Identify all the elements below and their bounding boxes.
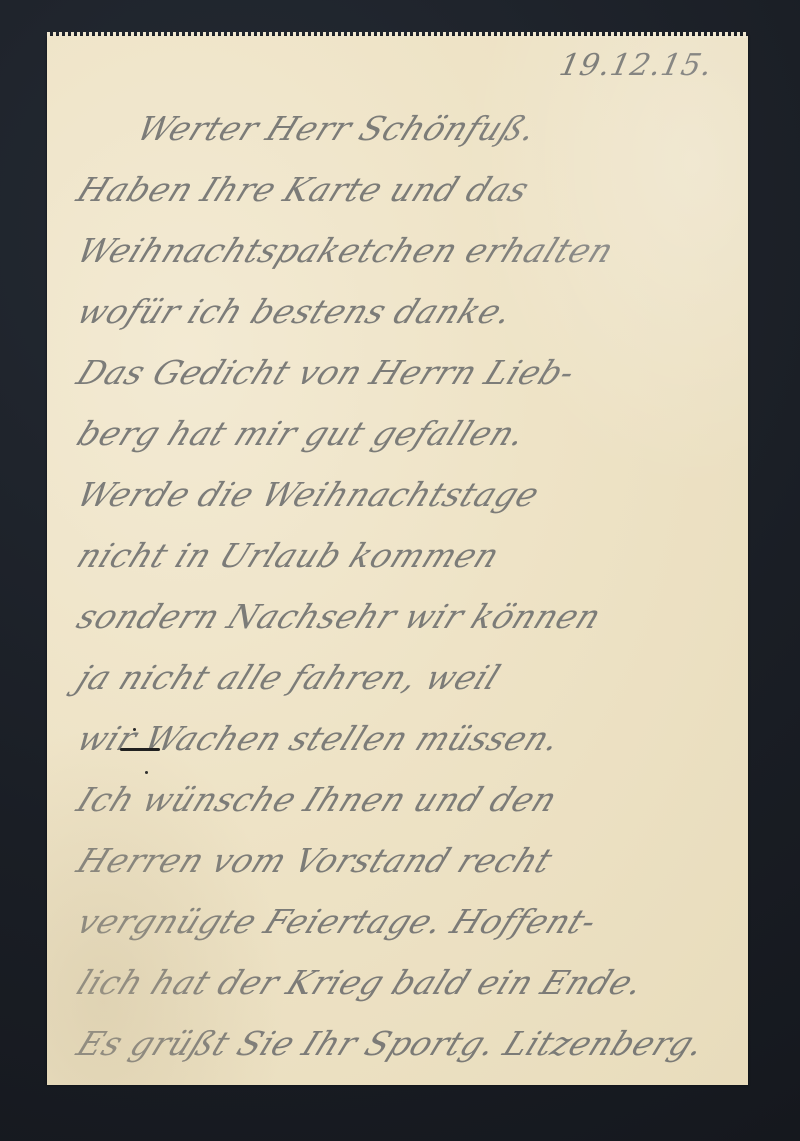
letter-line: nicht in Urlaub kommen bbox=[67, 525, 772, 586]
letter-line: wir Wachen stellen müssen. bbox=[67, 708, 772, 769]
letter-date: 19.12.15. bbox=[556, 48, 716, 83]
letter-line: Das Gedicht von Herrn Lieb- bbox=[67, 342, 772, 403]
letter-line: sondern Nachsehr wir können bbox=[67, 586, 772, 647]
letter-line: Weihnachtspaketchen erhalten bbox=[67, 220, 772, 281]
letter-line: Werde die Weihnachtstage bbox=[67, 464, 772, 525]
letter-line: Herren vom Vorstand recht bbox=[67, 830, 772, 891]
letter-line: Haben Ihre Karte und das bbox=[67, 159, 772, 220]
ink-dot bbox=[145, 771, 148, 774]
letter-line: lich hat der Krieg bald ein Ende. bbox=[67, 952, 772, 1013]
salutation: Werter Herr Schönfuß. bbox=[67, 98, 772, 159]
letter-paper: 19.12.15. Werter Herr Schönfuß. Haben Ih… bbox=[47, 36, 748, 1085]
ink-dot bbox=[133, 728, 136, 731]
letter-line: vergnügte Feiertage. Hoffent- bbox=[67, 891, 772, 952]
signature-line: Es grüßt Sie Ihr Sportg. Litzenberg. bbox=[67, 1013, 772, 1074]
letter-line: wofür ich bestens danke. bbox=[67, 281, 772, 342]
letter-line: ja nicht alle fahren, weil bbox=[67, 647, 772, 708]
letter-line: Ich wünsche Ihnen und den bbox=[67, 769, 772, 830]
letter-line: berg hat mir gut gefallen. bbox=[67, 403, 772, 464]
letter-body: Werter Herr Schönfuß. Haben Ihre Karte u… bbox=[67, 98, 747, 1074]
ink-mark bbox=[120, 748, 160, 751]
